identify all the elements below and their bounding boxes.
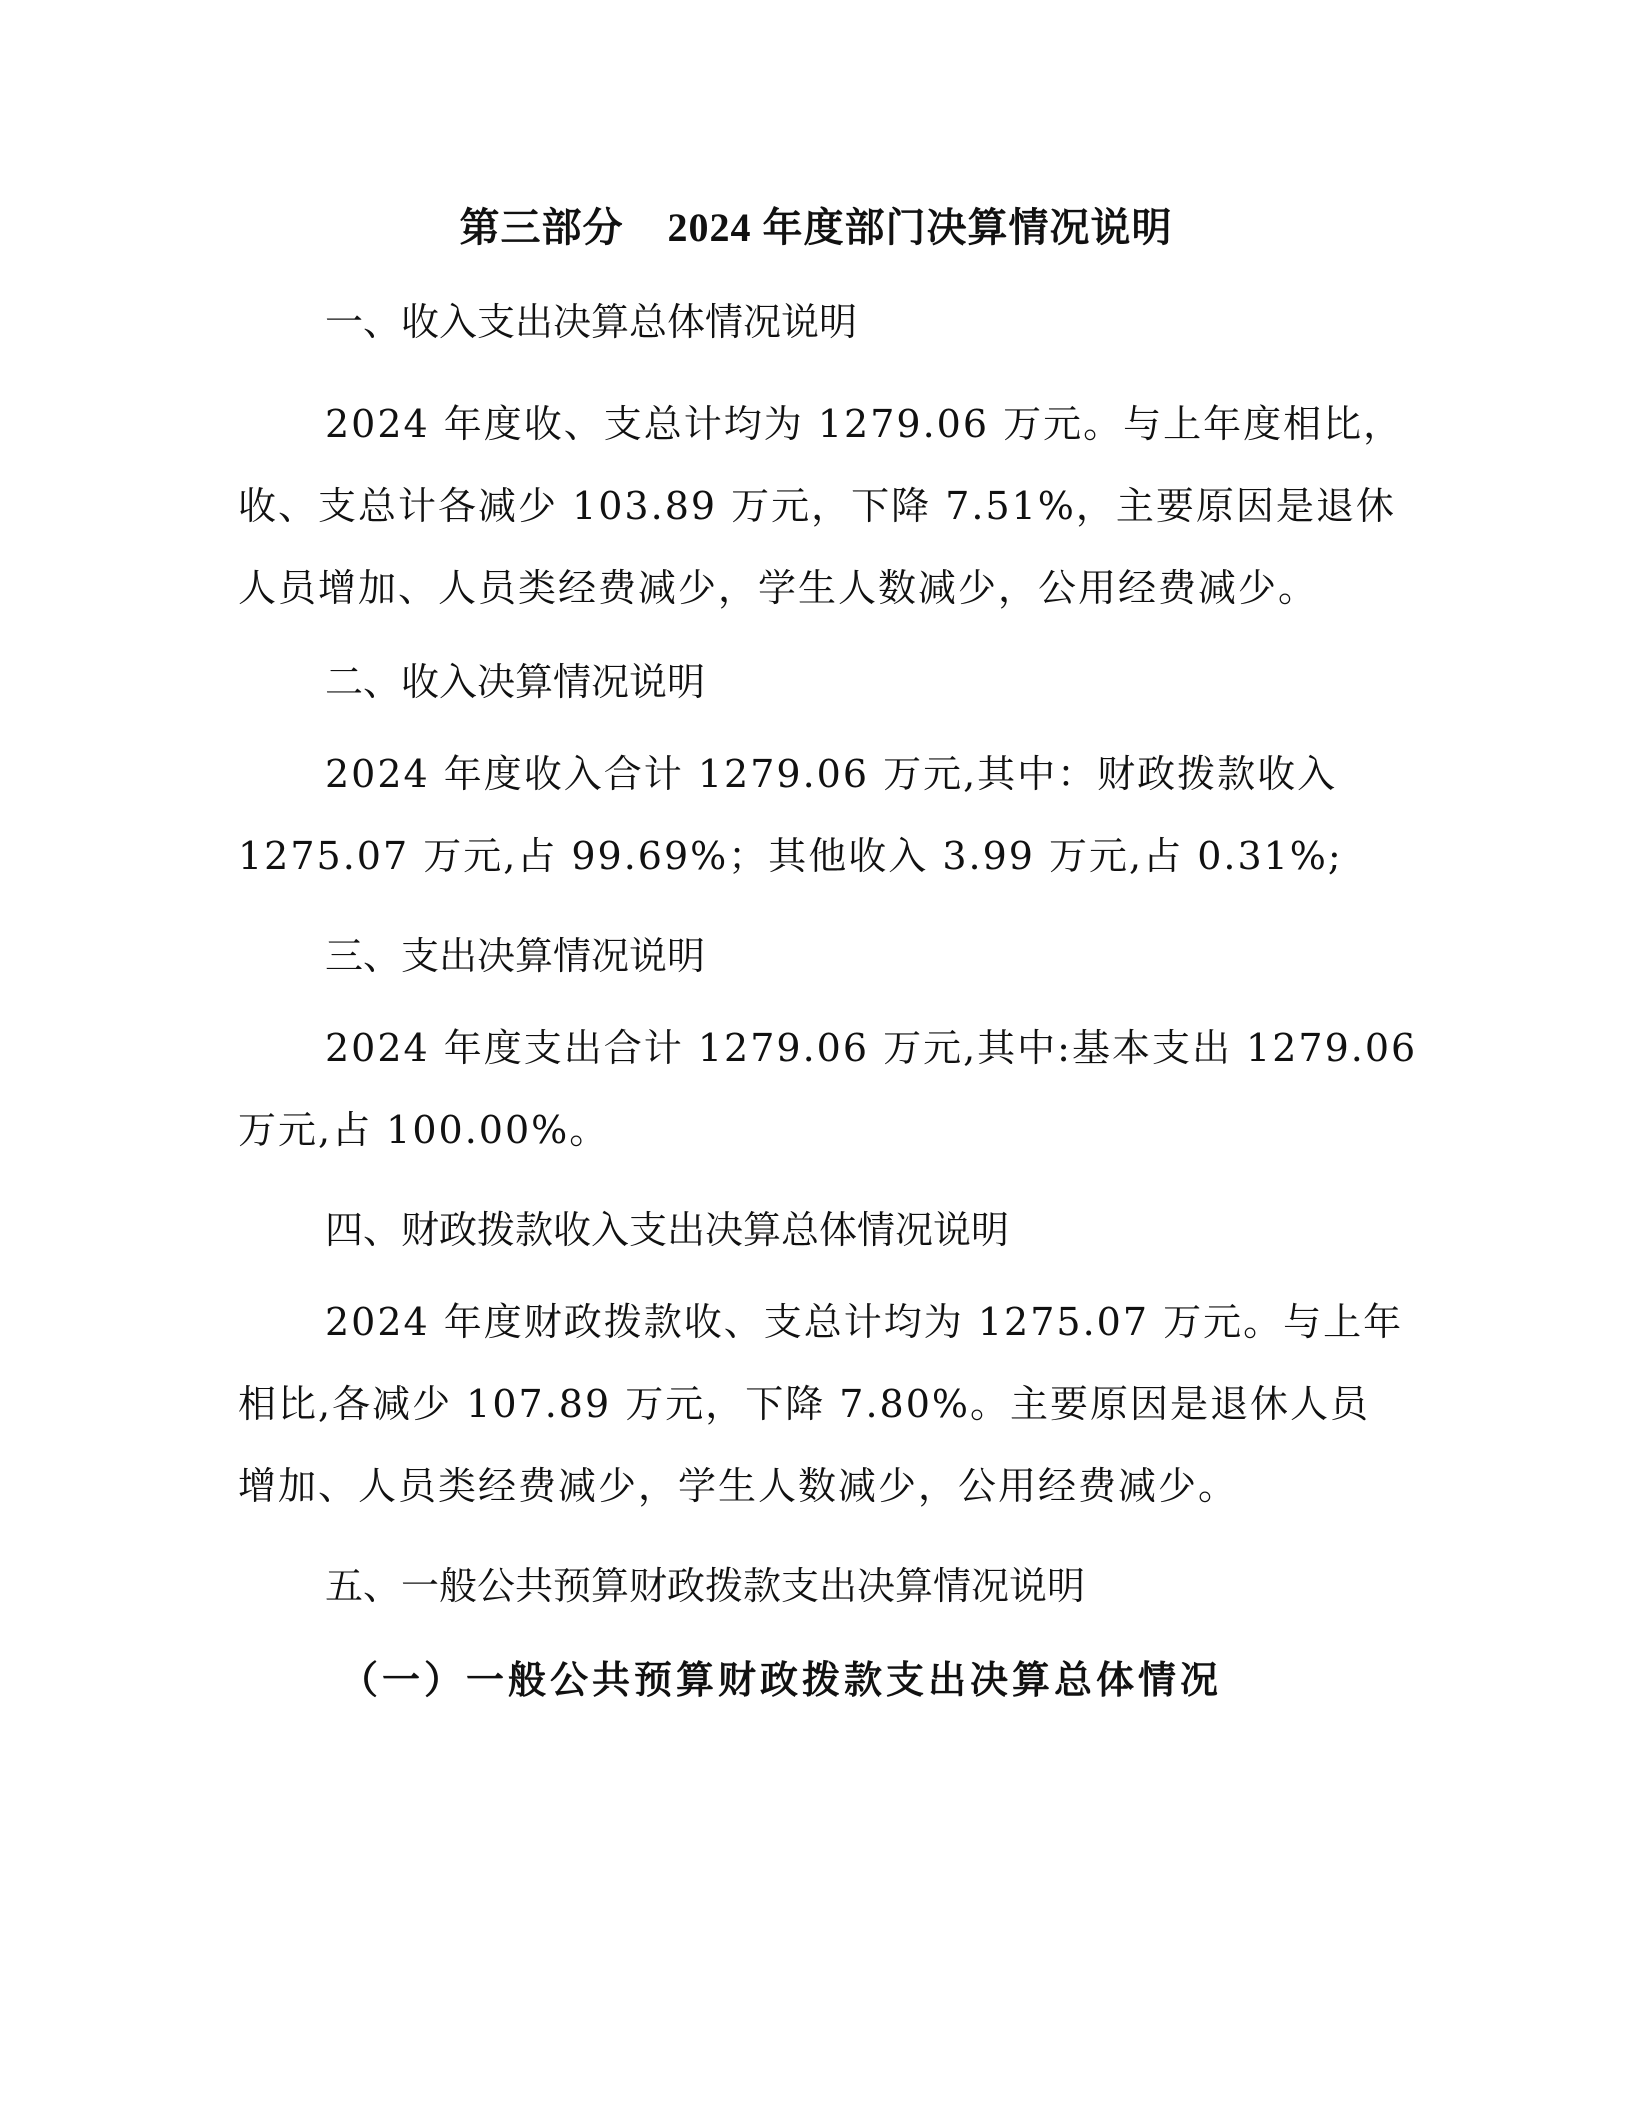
section-heading-5: 五、一般公共预算财政拨款支出决算情况说明 xyxy=(325,1560,1085,1612)
paragraph-line: 收、支总计各减少 103.89 万元，下降 7.51%，主要原因是退休 xyxy=(238,480,1396,532)
paragraph-line: 万元,占 100.00%。 xyxy=(238,1104,609,1156)
paragraph-line: 2024 年度财政拨款收、支总计均为 1275.07 万元。与上年 xyxy=(325,1296,1403,1348)
paragraph-line: 增加、人员类经费减少，学生人数减少，公用经费减少。 xyxy=(238,1460,1238,1512)
paragraph-line: 1275.07 万元,占 99.69%；其他收入 3.99 万元,占 0.31%… xyxy=(238,830,1343,882)
paragraph-line: 2024 年度收、支总计均为 1279.06 万元。与上年度相比， xyxy=(325,398,1403,450)
section-heading-4: 四、财政拨款收入支出决算总体情况说明 xyxy=(325,1204,1009,1256)
paragraph-line: 相比,各减少 107.89 万元，下降 7.80%。主要原因是退休人员 xyxy=(238,1378,1370,1430)
section-heading-2: 二、收入决算情况说明 xyxy=(325,656,705,708)
subsection-heading: （一）一般公共预算财政拨款支出决算总体情况 xyxy=(340,1654,1222,1706)
paragraph-line: 2024 年度支出合计 1279.06 万元,其中:基本支出 1279.06 xyxy=(325,1022,1417,1074)
document-page: 第三部分 2024 年度部门决算情况说明 一、收入支出决算总体情况说明 2024… xyxy=(0,0,1632,2112)
section-heading-1: 一、收入支出决算总体情况说明 xyxy=(325,296,857,348)
section-heading-3: 三、支出决算情况说明 xyxy=(325,930,705,982)
paragraph-line: 2024 年度收入合计 1279.06 万元,其中：财政拨款收入 xyxy=(325,748,1337,800)
paragraph-line: 人员增加、人员类经费减少，学生人数减少，公用经费减少。 xyxy=(238,562,1318,614)
page-title: 第三部分 2024 年度部门决算情况说明 xyxy=(0,200,1632,256)
